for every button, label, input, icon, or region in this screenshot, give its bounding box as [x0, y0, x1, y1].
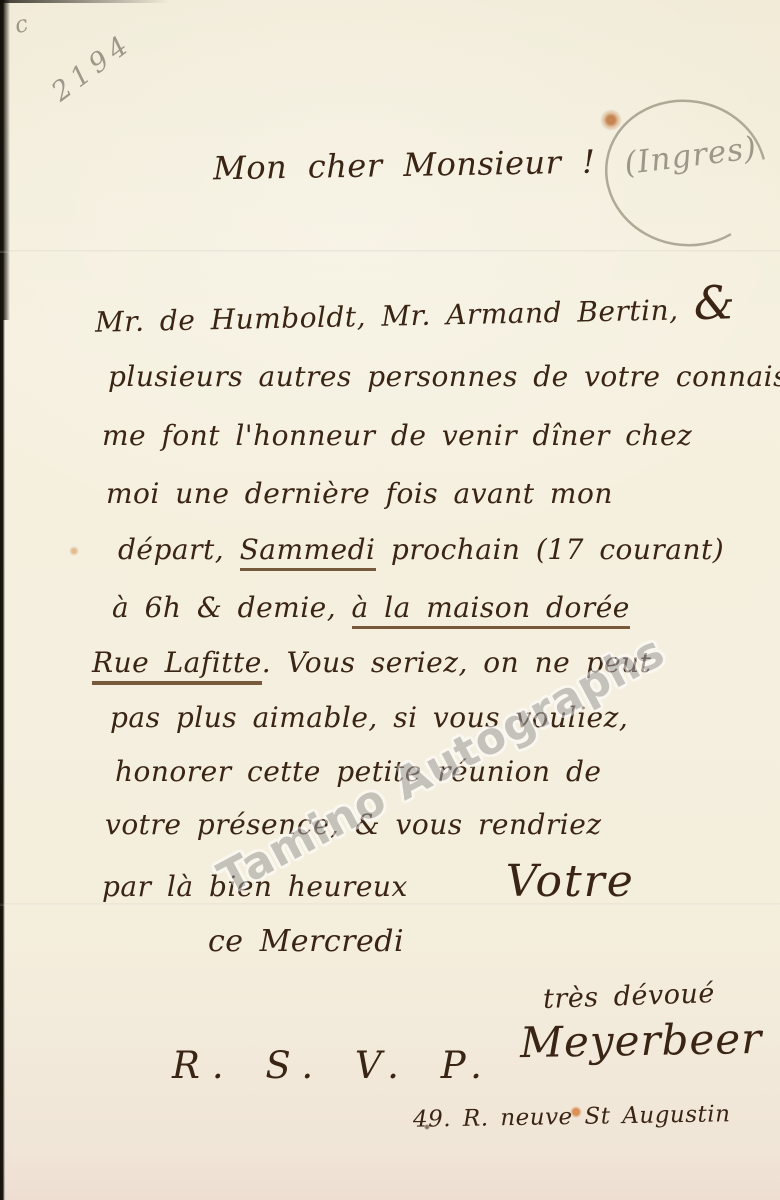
letter-line-text: &: [693, 275, 736, 330]
letter-line: me font l'honneur de venir dîner chez: [102, 419, 692, 452]
letter-line-underlined-text: à la maison dorée: [352, 591, 630, 629]
letter-line-text: à 6h & demie,: [112, 591, 352, 624]
dateline: ce Mercredi: [208, 924, 404, 959]
signature: Meyerbeer: [520, 1014, 763, 1067]
letter-line-text: plusieurs autres personnes de votre conn…: [108, 360, 780, 393]
letter-line: par là bien heureuxVotre: [102, 856, 635, 907]
salutation: Mon cher Monsieur !: [213, 143, 596, 188]
letter-line: Mr. de Humboldt, Mr. Armand Bertin, &: [95, 292, 736, 338]
letter-line: plusieurs autres personnes de votre conn…: [108, 360, 780, 393]
address-line: 49. R. neuve St Augustin: [413, 1101, 731, 1133]
letter-line-text: départ,: [118, 533, 240, 566]
pencil-corner-mark: c: [12, 11, 31, 39]
letter-line-text: me font l'honneur de venir dîner chez: [102, 419, 692, 452]
letter-line: départ, Sammedi prochain (17 courant): [118, 533, 724, 566]
letter-line-underlined-text: Rue Lafitte: [92, 646, 262, 685]
closing-phrase: très dévoué: [543, 978, 716, 1015]
letter-line: à 6h & demie, à la maison dorée: [112, 591, 630, 624]
scan-edge-left-top: [0, 0, 10, 320]
scan-edge-top: [0, 0, 170, 3]
letter-line-text: prochain (17 courant): [376, 533, 725, 566]
pencil-catalog-number: 2194: [46, 27, 139, 108]
letter-line-underlined-text: Sammedi: [240, 533, 376, 571]
letter-scan: c 2194 Mon cher Monsieur ! (Ingres) Mr. …: [0, 0, 780, 1200]
letter-line: moi une dernière fois avant mon: [106, 477, 613, 510]
letter-line-text: Mr. de Humboldt, Mr. Armand Bertin,: [95, 293, 695, 339]
rsvp-note: R. S. V. P.: [172, 1044, 494, 1087]
letter-line-text: Votre: [506, 856, 635, 907]
letter-line-text: moi une dernière fois avant mon: [106, 477, 613, 510]
